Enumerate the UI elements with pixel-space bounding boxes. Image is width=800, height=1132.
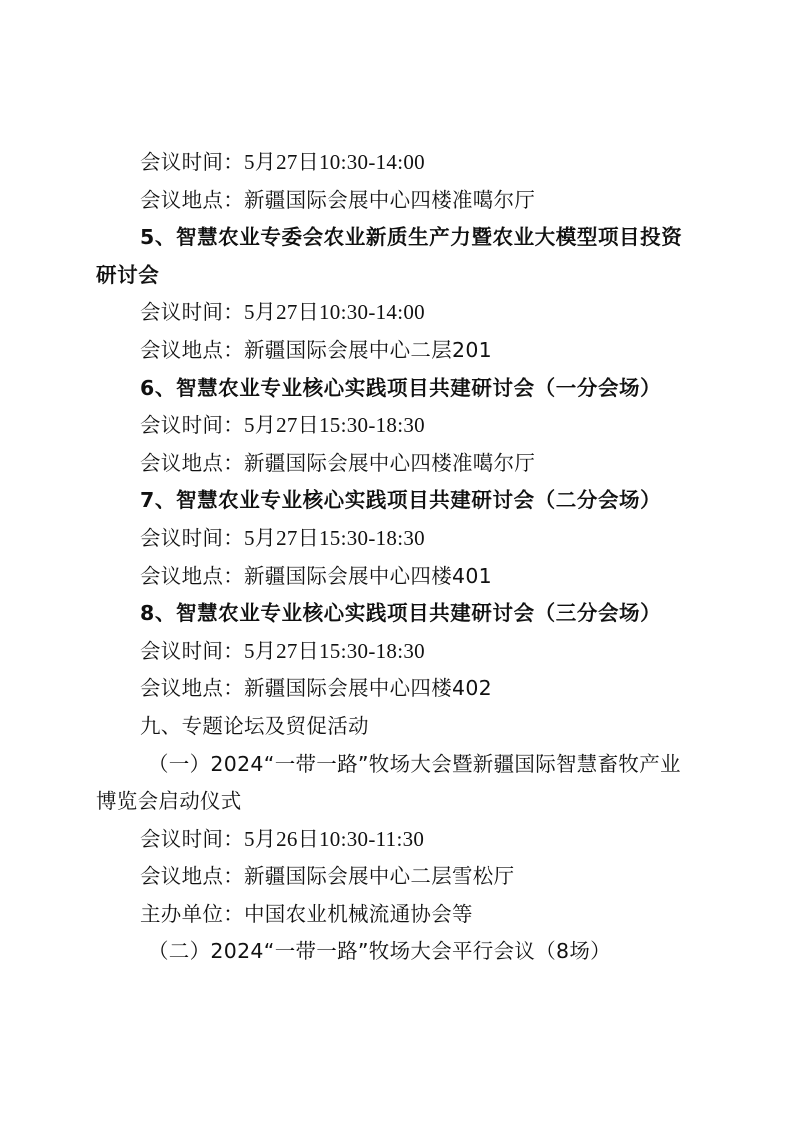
- section-heading-9: 九、专题论坛及贸促活动: [96, 708, 706, 746]
- meeting-location: 会议地点：新疆国际会展中心二层201: [96, 332, 706, 370]
- field-value: 新疆国际会展中心四楼402: [244, 676, 492, 700]
- field-value: 新疆国际会展中心四楼准噶尔厅: [244, 188, 535, 212]
- subsection-heading-1: （一）2024“一带一路”牧场大会暨新疆国际智慧畜牧产业: [96, 746, 706, 784]
- item-heading-6: 6、智慧农业专业核心实践项目共建研讨会（一分会场）: [96, 370, 706, 408]
- field-label: 会议地点：: [140, 676, 244, 700]
- field-value: 5月27日15:30-18:30: [244, 413, 425, 437]
- field-value: 5月27日15:30-18:30: [244, 639, 425, 663]
- meeting-location: 会议地点：新疆国际会展中心二层雪松厅: [96, 858, 706, 896]
- field-label: 会议时间：: [140, 150, 244, 174]
- meeting-time: 会议时间：5月27日10:30-14:00: [96, 144, 706, 182]
- meeting-location: 会议地点：新疆国际会展中心四楼402: [96, 670, 706, 708]
- organizer: 主办单位：中国农业机械流通协会等: [96, 896, 706, 934]
- field-value: 新疆国际会展中心二层201: [244, 338, 492, 362]
- field-value: 新疆国际会展中心四楼准噶尔厅: [244, 451, 535, 475]
- item-heading-5: 5、智慧农业专委会农业新质生产力暨农业大模型项目投资: [96, 219, 706, 257]
- meeting-time: 会议时间：5月27日10:30-14:00: [96, 294, 706, 332]
- field-value: 5月27日10:30-14:00: [244, 150, 425, 174]
- field-value: 5月27日10:30-14:00: [244, 300, 425, 324]
- field-label: 会议时间：: [140, 300, 244, 324]
- meeting-time: 会议时间：5月27日15:30-18:30: [96, 633, 706, 671]
- meeting-location: 会议地点：新疆国际会展中心四楼准噶尔厅: [96, 445, 706, 483]
- meeting-location: 会议地点：新疆国际会展中心四楼准噶尔厅: [96, 182, 706, 220]
- field-value: 新疆国际会展中心四楼401: [244, 564, 492, 588]
- field-label: 主办单位：: [140, 902, 244, 926]
- meeting-location: 会议地点：新疆国际会展中心四楼401: [96, 558, 706, 596]
- meeting-time: 会议时间：5月27日15:30-18:30: [96, 520, 706, 558]
- field-label: 会议地点：: [140, 864, 244, 888]
- field-label: 会议地点：: [140, 188, 244, 212]
- meeting-time: 会议时间：5月27日15:30-18:30: [96, 407, 706, 445]
- field-value: 新疆国际会展中心二层雪松厅: [244, 864, 514, 888]
- item-heading-7: 7、智慧农业专业核心实践项目共建研讨会（二分会场）: [96, 482, 706, 520]
- field-value: 5月26日10:30-11:30: [244, 827, 424, 851]
- field-value: 中国农业机械流通协会等: [244, 902, 473, 926]
- subsection-heading-2: （二）2024“一带一路”牧场大会平行会议（8场）: [96, 933, 706, 971]
- item-heading-5-continued: 研讨会: [96, 257, 706, 295]
- document-page: 会议时间：5月27日10:30-14:00 会议地点：新疆国际会展中心四楼准噶尔…: [96, 144, 706, 971]
- meeting-time: 会议时间：5月26日10:30-11:30: [96, 821, 706, 859]
- field-label: 会议地点：: [140, 564, 244, 588]
- field-label: 会议时间：: [140, 413, 244, 437]
- subsection-heading-1-continued: 博览会启动仪式: [96, 783, 706, 821]
- field-label: 会议时间：: [140, 639, 244, 663]
- item-heading-8: 8、智慧农业专业核心实践项目共建研讨会（三分会场）: [96, 595, 706, 633]
- field-value: 5月27日15:30-18:30: [244, 526, 425, 550]
- field-label: 会议地点：: [140, 338, 244, 362]
- field-label: 会议时间：: [140, 827, 244, 851]
- field-label: 会议时间：: [140, 526, 244, 550]
- field-label: 会议地点：: [140, 451, 244, 475]
